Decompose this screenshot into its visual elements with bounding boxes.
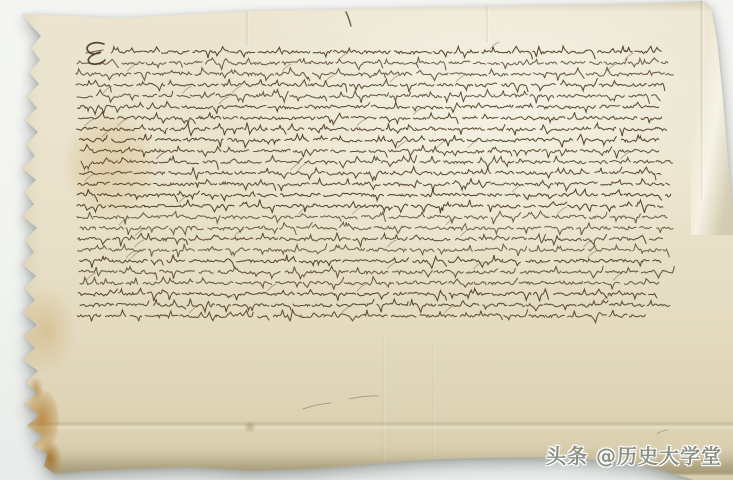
watermark: 头条 @历史大学堂: [546, 440, 722, 469]
parchment-shadow-wrap: [0, 0, 733, 480]
photo-background: 头条 @历史大学堂: [0, 0, 733, 480]
curled-edge-highlight: [691, 0, 733, 235]
watermark-text: 头条 @历史大学堂: [546, 444, 722, 468]
parchment-document: [0, 0, 733, 480]
manuscript-handwriting: [0, 0, 733, 480]
